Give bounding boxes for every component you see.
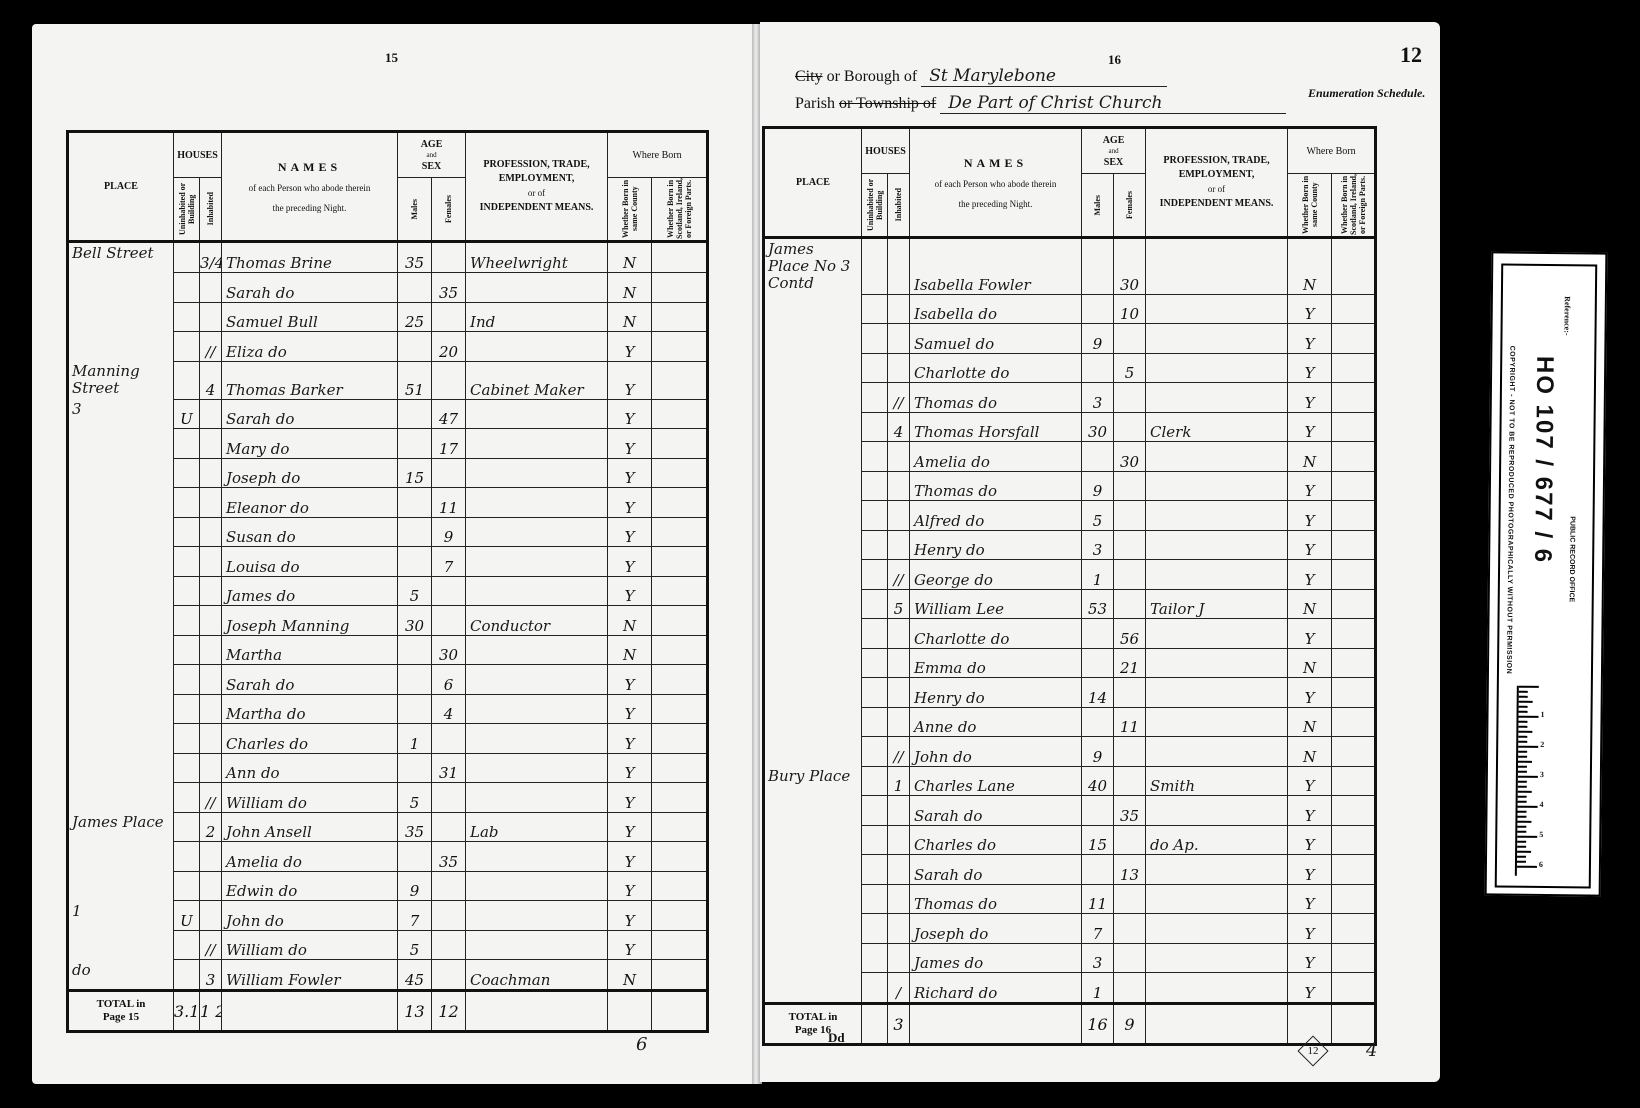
place-cell <box>68 665 174 695</box>
scale-tick <box>1518 716 1538 718</box>
col-males: Males <box>398 178 432 242</box>
male-age-cell <box>398 547 432 577</box>
place-cell <box>68 273 174 303</box>
name-cell: Martha <box>222 635 398 665</box>
scale-tick <box>1518 766 1527 768</box>
inhabited-cell <box>888 648 910 678</box>
place-cell <box>764 796 862 826</box>
born-in-county-cell: Y <box>1288 471 1332 501</box>
col-same-county: Whether Born in same County <box>1288 174 1332 238</box>
male-age-cell: 15 <box>398 458 432 488</box>
name-cell: Thomas do <box>910 884 1082 914</box>
col-age-sex: AGEandSEX <box>1082 128 1146 174</box>
male-age-cell: 5 <box>1082 501 1114 531</box>
census-row: Manning Street4Thomas Barker51Cabinet Ma… <box>68 361 708 399</box>
inhabited-cell: 2 <box>200 812 222 842</box>
inhabited-cell: / <box>888 973 910 1004</box>
female-age-cell <box>1114 678 1146 708</box>
uninhabited-cell <box>862 501 888 531</box>
census-row: Thomas do11Y <box>764 884 1376 914</box>
col-houses: HOUSES <box>862 128 910 174</box>
scale-tick <box>1518 726 1527 728</box>
profession-cell <box>1146 353 1288 383</box>
male-age-cell: 1 <box>1082 973 1114 1004</box>
census-row: 3USarah do47Y <box>68 399 708 429</box>
male-age-cell <box>1082 648 1114 678</box>
female-age-cell <box>432 458 466 488</box>
name-cell: Thomas Horsfall <box>910 412 1082 442</box>
female-age-cell: 30 <box>1114 442 1146 472</box>
female-age-cell <box>1114 825 1146 855</box>
census-row: Isabella do10Y <box>764 294 1376 324</box>
born-foreign-cell <box>1332 560 1376 590</box>
name-cell: Isabella do <box>910 294 1082 324</box>
female-age-cell <box>432 960 466 991</box>
uninhabited-cell <box>862 471 888 501</box>
born-in-county-cell: Y <box>1288 855 1332 885</box>
female-age-cell: 7 <box>432 547 466 577</box>
name-cell: Alfred do <box>910 501 1082 531</box>
profession-cell <box>466 930 608 960</box>
inhabited-cell: 5 <box>888 589 910 619</box>
born-foreign-cell <box>652 332 708 362</box>
name-cell: Joseph do <box>910 914 1082 944</box>
inhabited-cell <box>888 796 910 826</box>
profession-cell <box>466 694 608 724</box>
name-cell: Richard do <box>910 973 1082 1004</box>
name-cell: Charles do <box>910 825 1082 855</box>
female-age-cell <box>432 783 466 813</box>
female-age-cell: 6 <box>432 665 466 695</box>
census-row: //William do5Y <box>68 930 708 960</box>
scale-tick <box>1517 816 1526 818</box>
census-row: 4Thomas Horsfall30ClerkY <box>764 412 1376 442</box>
place-cell <box>764 825 862 855</box>
born-foreign-cell <box>652 724 708 754</box>
scale-tick <box>1517 856 1526 858</box>
uninhabited-cell <box>174 694 200 724</box>
inhabited-cell <box>888 855 910 885</box>
name-cell: James do <box>910 943 1082 973</box>
census-row: Bell Street3/4Thomas Brine35WheelwrightN <box>68 242 708 273</box>
uninhabited-cell <box>174 783 200 813</box>
scale-tick <box>1517 821 1531 823</box>
male-age-cell: 35 <box>398 242 432 273</box>
parish-value: De Part of Christ Church <box>940 93 1286 114</box>
born-in-county-cell: Y <box>608 399 652 429</box>
male-age-cell: 3 <box>1082 530 1114 560</box>
census-row: //Thomas do3Y <box>764 383 1376 413</box>
profession-cell <box>1146 560 1288 590</box>
born-foreign-cell <box>1332 294 1376 324</box>
place-cell: 1 <box>68 901 174 931</box>
female-age-cell <box>1114 737 1146 767</box>
name-cell: Anne do <box>910 707 1082 737</box>
female-age-cell <box>1114 973 1146 1004</box>
reference-label: Reference:- <box>1562 296 1571 335</box>
place-cell <box>68 635 174 665</box>
place-cell <box>68 458 174 488</box>
census-row: Sarah do13Y <box>764 855 1376 885</box>
place-cell <box>68 332 174 362</box>
inhabited-cell <box>888 501 910 531</box>
female-age-cell: 35 <box>432 842 466 872</box>
scale-tick <box>1518 761 1532 763</box>
census-row: James Place No 3 ContdIsabella Fowler30N <box>764 238 1376 295</box>
place-cell <box>68 576 174 606</box>
total-uninhabited <box>862 1004 888 1045</box>
inhabited-cell <box>888 884 910 914</box>
total-prof-blank <box>1146 1004 1288 1045</box>
male-age-cell <box>1082 707 1114 737</box>
uninhabited-cell: U <box>174 901 200 931</box>
born-in-county-cell: Y <box>608 842 652 872</box>
name-cell: Sarah do <box>910 796 1082 826</box>
place-cell <box>764 707 862 737</box>
male-age-cell: 9 <box>398 871 432 901</box>
female-age-cell: 11 <box>1114 707 1146 737</box>
female-age-cell <box>1114 560 1146 590</box>
born-in-county-cell: Y <box>608 871 652 901</box>
scale-tick <box>1518 781 1527 783</box>
uninhabited-cell <box>862 560 888 590</box>
profession-cell <box>466 517 608 547</box>
inhabited-cell <box>200 273 222 303</box>
female-age-cell <box>432 812 466 842</box>
female-age-cell <box>432 930 466 960</box>
male-age-cell: 35 <box>398 812 432 842</box>
male-age-cell <box>1082 442 1114 472</box>
profession-cell <box>1146 442 1288 472</box>
uninhabited-cell <box>174 458 200 488</box>
census-row: Charles do15do Ap.Y <box>764 825 1376 855</box>
inhabited-cell <box>888 825 910 855</box>
born-foreign-cell <box>652 242 708 273</box>
profession-cell <box>466 488 608 518</box>
col-females: Females <box>1114 174 1146 238</box>
total-names-blank <box>222 991 398 1032</box>
total-inhabited: 1 20 4 <box>200 991 222 1032</box>
born-in-county-cell: Y <box>1288 501 1332 531</box>
inhabited-cell <box>200 665 222 695</box>
total-names-blank <box>910 1004 1082 1045</box>
profession-cell <box>1146 238 1288 295</box>
inhabited-cell <box>200 753 222 783</box>
uninhabited-cell <box>174 812 200 842</box>
place-cell <box>764 560 862 590</box>
born-in-county-cell: Y <box>608 488 652 518</box>
inhabited-cell <box>888 943 910 973</box>
male-age-cell: 30 <box>398 606 432 636</box>
female-age-cell: 17 <box>432 429 466 459</box>
scale-tick <box>1518 721 1527 723</box>
city-label-struck: City <box>795 68 823 85</box>
profession-cell <box>1146 471 1288 501</box>
born-foreign-cell <box>652 960 708 991</box>
profession-cell <box>1146 294 1288 324</box>
reference-code: HO 107 / 677 / 6 <box>1528 356 1558 564</box>
female-age-cell: 10 <box>1114 294 1146 324</box>
place-cell <box>764 530 862 560</box>
name-cell: Charlotte do <box>910 619 1082 649</box>
name-cell: Edwin do <box>222 871 398 901</box>
scale-tick <box>1519 706 1528 708</box>
place-cell <box>68 606 174 636</box>
scale-tick <box>1517 866 1537 868</box>
born-foreign-cell <box>652 273 708 303</box>
male-age-cell <box>1082 796 1114 826</box>
born-foreign-cell <box>1332 707 1376 737</box>
male-age-cell: 3 <box>1082 943 1114 973</box>
scale-label: 2 <box>1540 740 1544 749</box>
born-in-county-cell: Y <box>1288 884 1332 914</box>
parish-struck-label: or Township of <box>839 95 936 112</box>
born-in-county-cell: Y <box>608 332 652 362</box>
census-row: //George do1Y <box>764 560 1376 590</box>
scale-tick <box>1518 776 1538 778</box>
census-row: Amelia do30N <box>764 442 1376 472</box>
profession-cell <box>466 665 608 695</box>
scale-tick <box>1518 731 1532 733</box>
born-in-county-cell: Y <box>608 694 652 724</box>
inhabited-cell <box>200 606 222 636</box>
scale-label: 1 <box>1540 710 1544 719</box>
scale-tick <box>1518 786 1527 788</box>
name-cell: George do <box>910 560 1082 590</box>
profession-cell <box>1146 884 1288 914</box>
name-cell: Joseph do <box>222 458 398 488</box>
inhabited-cell <box>888 294 910 324</box>
place-cell <box>68 930 174 960</box>
born-in-county-cell: Y <box>608 812 652 842</box>
male-age-cell: 1 <box>1082 560 1114 590</box>
copyright-notice: COPYRIGHT - NOT TO BE REPRODUCED PHOTOGR… <box>1505 346 1515 675</box>
place-cell <box>764 353 862 383</box>
place-cell <box>68 783 174 813</box>
place-cell <box>764 855 862 885</box>
female-age-cell <box>432 302 466 332</box>
born-in-county-cell: Y <box>1288 383 1332 413</box>
born-in-county-cell: Y <box>608 783 652 813</box>
male-age-cell: 9 <box>1082 737 1114 767</box>
census-row: //William do5Y <box>68 783 708 813</box>
female-age-cell: 5 <box>1114 353 1146 383</box>
born-in-county-cell: Y <box>1288 796 1332 826</box>
name-cell: Samuel Bull <box>222 302 398 332</box>
male-age-cell <box>398 517 432 547</box>
profession-cell <box>466 724 608 754</box>
inhabited-cell <box>200 694 222 724</box>
female-age-cell: 13 <box>1114 855 1146 885</box>
born-foreign-cell <box>1332 678 1376 708</box>
male-age-cell <box>1082 619 1114 649</box>
profession-cell <box>1146 619 1288 649</box>
male-age-cell <box>398 753 432 783</box>
profession-cell <box>1146 324 1288 354</box>
born-foreign-cell <box>652 783 708 813</box>
female-age-cell <box>1114 471 1146 501</box>
place-cell <box>68 302 174 332</box>
born-in-county-cell: Y <box>608 665 652 695</box>
scale-tick <box>1517 846 1526 848</box>
total-foreign-blank <box>652 991 708 1032</box>
col-names: NAMES of each Person who abode therein t… <box>222 132 398 242</box>
profession-cell <box>466 576 608 606</box>
born-foreign-cell <box>1332 412 1376 442</box>
place-cell <box>764 442 862 472</box>
name-cell: Emma do <box>910 648 1082 678</box>
place-cell <box>764 501 862 531</box>
name-cell: Charles Lane <box>910 766 1082 796</box>
inhabited-cell <box>200 547 222 577</box>
name-cell: Eleanor do <box>222 488 398 518</box>
female-age-cell <box>432 361 466 399</box>
scale-tick <box>1519 686 1539 688</box>
census-row: /Richard do1Y <box>764 973 1376 1004</box>
place-cell <box>764 943 862 973</box>
census-row: do3William Fowler45CoachmanN <box>68 960 708 991</box>
scale-label: 6 <box>1539 860 1543 869</box>
scale-tick <box>1517 851 1531 853</box>
male-age-cell <box>398 488 432 518</box>
female-age-cell: 31 <box>432 753 466 783</box>
uninhabited-cell <box>862 442 888 472</box>
name-cell: Thomas Brine <box>222 242 398 273</box>
female-age-cell <box>432 606 466 636</box>
inhabited-cell: 3 <box>200 960 222 991</box>
born-foreign-cell <box>1332 766 1376 796</box>
female-age-cell: 56 <box>1114 619 1146 649</box>
place-cell <box>764 884 862 914</box>
inhabited-cell: // <box>888 560 910 590</box>
male-age-cell: 7 <box>1082 914 1114 944</box>
born-foreign-cell <box>1332 914 1376 944</box>
born-in-county-cell: Y <box>1288 973 1332 1004</box>
born-in-county-cell: Y <box>608 547 652 577</box>
born-foreign-cell <box>1332 471 1376 501</box>
inhabited-cell <box>200 901 222 931</box>
name-cell: James do <box>222 576 398 606</box>
place-cell: do <box>68 960 174 991</box>
born-foreign-cell <box>652 901 708 931</box>
born-in-county-cell: Y <box>608 361 652 399</box>
name-cell: John Ansell <box>222 812 398 842</box>
female-age-cell: 4 <box>432 694 466 724</box>
name-cell: Isabella Fowler <box>910 238 1082 295</box>
uninhabited-cell <box>862 973 888 1004</box>
born-in-county-cell: Y <box>1288 914 1332 944</box>
name-cell: Sarah do <box>222 273 398 303</box>
male-age-cell: 11 <box>1082 884 1114 914</box>
reference-slip-frame: Reference:- HO 107 / 677 / 6 PUBLIC RECO… <box>1495 264 1598 889</box>
profession-cell <box>466 842 608 872</box>
profession-cell <box>1146 973 1288 1004</box>
col-uninhabited: Uninhabited or Building <box>174 178 200 242</box>
born-in-county-cell: Y <box>608 429 652 459</box>
male-age-cell: 5 <box>398 930 432 960</box>
inhabited-cell: // <box>888 383 910 413</box>
total-inhabited: 3 <box>888 1004 910 1045</box>
name-cell: Thomas do <box>910 383 1082 413</box>
col-inhabited: Inhabited <box>200 178 222 242</box>
uninhabited-cell <box>862 766 888 796</box>
inhabited-cell <box>200 302 222 332</box>
inhabited-cell <box>200 488 222 518</box>
right-footer-mark: 4 <box>1366 1040 1377 1061</box>
scale-label: 3 <box>1540 770 1544 779</box>
uninhabited-cell <box>174 302 200 332</box>
female-age-cell <box>1114 884 1146 914</box>
place-cell <box>764 914 862 944</box>
uninhabited-cell <box>174 242 200 273</box>
female-age-cell: 35 <box>1114 796 1146 826</box>
male-age-cell: 9 <box>1082 324 1114 354</box>
born-foreign-cell <box>652 429 708 459</box>
col-houses: HOUSES <box>174 132 222 178</box>
name-cell: Ann do <box>222 753 398 783</box>
female-age-cell <box>1114 914 1146 944</box>
female-age-cell <box>432 242 466 273</box>
uninhabited-cell <box>862 678 888 708</box>
male-age-cell: 25 <box>398 302 432 332</box>
born-foreign-cell <box>1332 943 1376 973</box>
profession-cell: Tailor J <box>1146 589 1288 619</box>
total-uninhabited: 3.15 <box>174 991 200 1032</box>
female-age-cell <box>1114 324 1146 354</box>
female-age-cell: 9 <box>432 517 466 547</box>
census-row: James do3Y <box>764 943 1376 973</box>
male-age-cell <box>398 332 432 362</box>
profession-cell: Wheelwright <box>466 242 608 273</box>
name-cell: William Lee <box>910 589 1082 619</box>
census-row: Sarah do35Y <box>764 796 1376 826</box>
name-cell: Henry do <box>910 678 1082 708</box>
scale-tick <box>1518 746 1538 748</box>
uninhabited-cell <box>862 648 888 678</box>
scale-tick <box>1518 806 1538 808</box>
born-in-county-cell: N <box>1288 707 1332 737</box>
place-cell: Manning Street <box>68 361 174 399</box>
born-in-county-cell: N <box>608 635 652 665</box>
born-in-county-cell: N <box>1288 648 1332 678</box>
profession-cell <box>1146 737 1288 767</box>
uninhabited-cell <box>174 547 200 577</box>
name-cell: Samuel do <box>910 324 1082 354</box>
name-cell: William do <box>222 930 398 960</box>
profession-cell <box>466 871 608 901</box>
total-born-blank <box>608 991 652 1032</box>
uninhabited-cell <box>174 724 200 754</box>
census-row: 1UJohn do7Y <box>68 901 708 931</box>
male-age-cell: 30 <box>1082 412 1114 442</box>
uninhabited-cell <box>174 576 200 606</box>
census-row: Charles do1Y <box>68 724 708 754</box>
place-cell <box>764 678 862 708</box>
inhabited-cell: 3/4 <box>200 242 222 273</box>
born-foreign-cell <box>1332 855 1376 885</box>
profession-cell: Clerk <box>1146 412 1288 442</box>
profession-cell <box>1146 707 1288 737</box>
uninhabited-cell <box>174 332 200 362</box>
scale-tick <box>1517 841 1526 843</box>
census-row: Alfred do5Y <box>764 501 1376 531</box>
col-inhabited: Inhabited <box>888 174 910 238</box>
name-cell: Charlotte do <box>910 353 1082 383</box>
name-cell: John do <box>910 737 1082 767</box>
name-cell: Sarah do <box>910 855 1082 885</box>
name-cell: William do <box>222 783 398 813</box>
profession-cell <box>466 332 608 362</box>
